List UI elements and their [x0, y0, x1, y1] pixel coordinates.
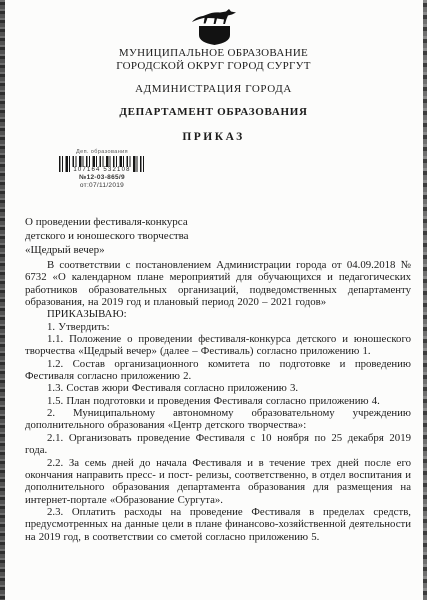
registration-number: №12-03-865/9 — [57, 174, 147, 182]
subject-line3: «Щедрый вечер» — [25, 244, 245, 258]
surgut-coat-of-arms-icon — [0, 6, 427, 46]
body-paragraph: ПРИКАЗЫВАЮ: — [25, 308, 411, 320]
scan-edge-left — [0, 0, 5, 600]
registration-date: от:07/11/2019 — [57, 182, 147, 190]
subject-line1: О проведении фестиваля-конкурса — [25, 216, 245, 230]
administration-line: АДМИНИСТРАЦИЯ ГОРОДА — [0, 83, 427, 96]
body-paragraph: 2.1. Организовать проведение Фестиваля с… — [25, 432, 411, 457]
document-body: В соответствии с постановлением Админист… — [25, 259, 411, 543]
org-name-line1: МУНИЦИПАЛЬНОЕ ОБРАЗОВАНИЕ — [0, 47, 427, 60]
document-subject: О проведении фестиваля-конкурса детского… — [25, 216, 245, 257]
barcode-digits: 107164 532108 — [57, 167, 147, 174]
scanned-document-page: МУНИЦИПАЛЬНОЕ ОБРАЗОВАНИЕ ГОРОДСКОЙ ОКРУ… — [0, 0, 427, 600]
body-paragraph: 2. Муниципальному автономному образовате… — [25, 407, 411, 432]
document-type-title: ПРИКАЗ — [0, 131, 427, 144]
scan-edge-right — [423, 0, 427, 600]
body-paragraph: 1.3. Состав жюри Фестиваля согласно прил… — [25, 382, 411, 394]
body-paragraph: 2.3. Оплатить расходы на проведение Фест… — [25, 506, 411, 543]
body-paragraph: 1.2. Состав организационного комитета по… — [25, 358, 411, 383]
body-paragraph: 2.2. За семь дней до начала Фестиваля и … — [25, 457, 411, 506]
body-paragraph: 1.1. Положение о проведении фестиваля-ко… — [25, 333, 411, 358]
body-paragraph: 1.5. План подготовки и проведения Фестив… — [25, 395, 411, 407]
subject-line2: детского и юношеского творчества — [25, 230, 245, 244]
barcode-digits-text: 107164 532108 — [72, 167, 131, 173]
document-header: МУНИЦИПАЛЬНОЕ ОБРАЗОВАНИЕ ГОРОДСКОЙ ОКРУ… — [0, 47, 427, 144]
org-name-line2: ГОРОДСКОЙ ОКРУГ ГОРОД СУРГУТ — [0, 60, 427, 73]
body-paragraph: В соответствии с постановлением Админист… — [25, 259, 411, 308]
department-line: ДЕПАРТАМЕНТ ОБРАЗОВАНИЯ — [0, 106, 427, 119]
registration-barcode-stamp: Деп. образования 107164 532108 №12-03-86… — [57, 149, 147, 190]
stamp-department-label: Деп. образования — [57, 149, 147, 155]
body-paragraph: 1. Утвердить: — [25, 321, 411, 333]
